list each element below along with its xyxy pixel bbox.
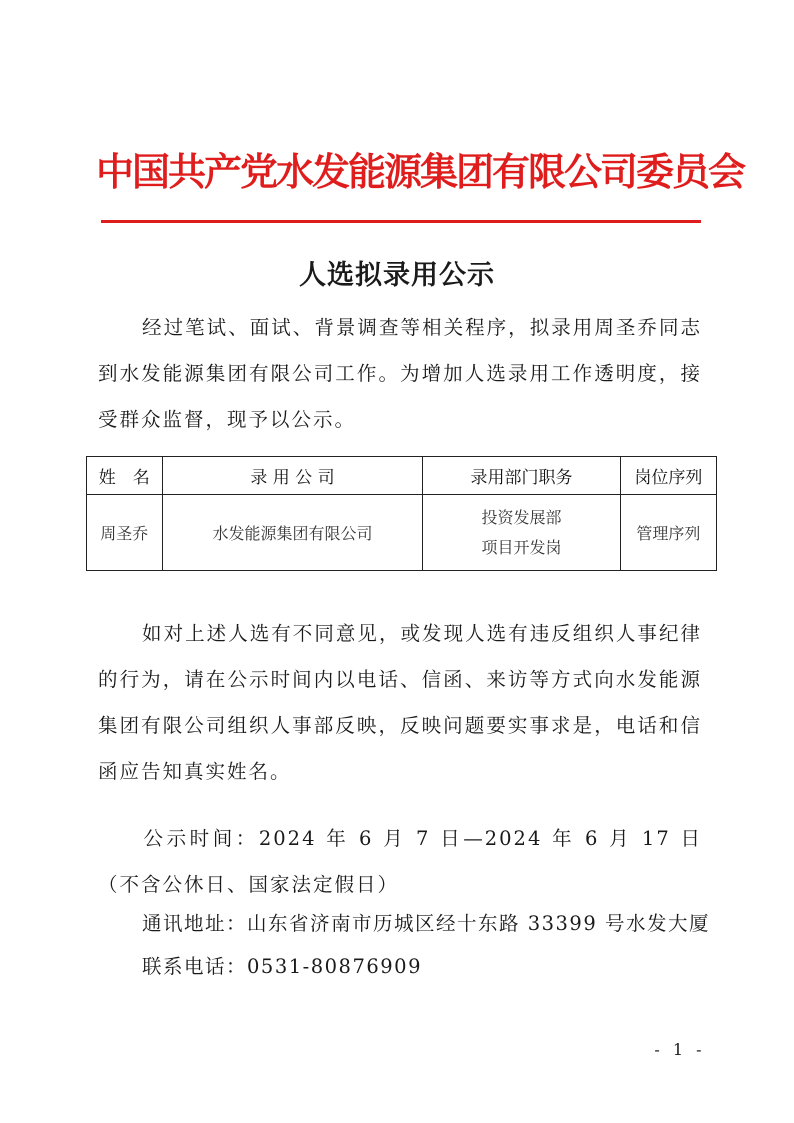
notice-period-label: 公示时间： — [142, 827, 259, 850]
phone-value: 0531-80876909 — [247, 955, 422, 978]
cell-name: 周圣乔 — [87, 495, 163, 571]
feedback-paragraph: 如对上述人选有不同意见，或发现人选有违反组织人事纪律的行为，请在公示时间内以电话… — [98, 611, 702, 795]
address-line: 通讯地址：山东省济南市历城区经十东路 33399 号水发大厦 — [142, 901, 710, 947]
header-company: 录 用 公 司 — [162, 457, 423, 495]
header-name: 姓 名 — [87, 457, 163, 495]
phone-label: 联系电话： — [142, 955, 247, 978]
header-department: 录用部门职务 — [423, 457, 620, 495]
intro-text: 经过笔试、面试、背景调查等相关程序，拟录用周圣乔同志到水发能源集团有限公司工作。… — [98, 316, 702, 431]
cell-company: 水发能源集团有限公司 — [162, 495, 423, 571]
position-name: 项目开发岗 — [423, 533, 619, 563]
cell-department: 投资发展部 项目开发岗 — [423, 495, 620, 571]
address-value: 山东省济南市历城区经十东路 33399 号水发大厦 — [247, 912, 710, 935]
notice-period: 公示时间：2024 年 6 月 7 日—2024 年 6 月 17 日（不含公休… — [98, 816, 702, 908]
organization-header: 中国共产党水发能源集团有限公司委员会 — [96, 146, 704, 198]
intro-paragraph: 经过笔试、面试、背景调查等相关程序，拟录用周圣乔同志到水发能源集团有限公司工作。… — [98, 305, 702, 443]
cell-sequence: 管理序列 — [620, 495, 716, 571]
candidate-table: 姓 名 录 用 公 司 录用部门职务 岗位序列 周圣乔 水发能源集团有限公司 投… — [86, 456, 717, 571]
department-name: 投资发展部 — [423, 503, 619, 533]
phone-line: 联系电话：0531-80876909 — [142, 944, 422, 990]
header-sequence: 岗位序列 — [620, 457, 716, 495]
feedback-text: 如对上述人选有不同意见，或发现人选有违反组织人事纪律的行为，请在公示时间内以电话… — [98, 622, 702, 783]
address-label: 通讯地址： — [142, 912, 247, 935]
document-title: 人选拟录用公示 — [0, 256, 794, 296]
page-number: - 1 - — [620, 1040, 740, 1059]
table-header-row: 姓 名 录 用 公 司 录用部门职务 岗位序列 — [87, 457, 717, 495]
red-divider — [101, 220, 701, 223]
table-row: 周圣乔 水发能源集团有限公司 投资发展部 项目开发岗 管理序列 — [87, 495, 717, 571]
